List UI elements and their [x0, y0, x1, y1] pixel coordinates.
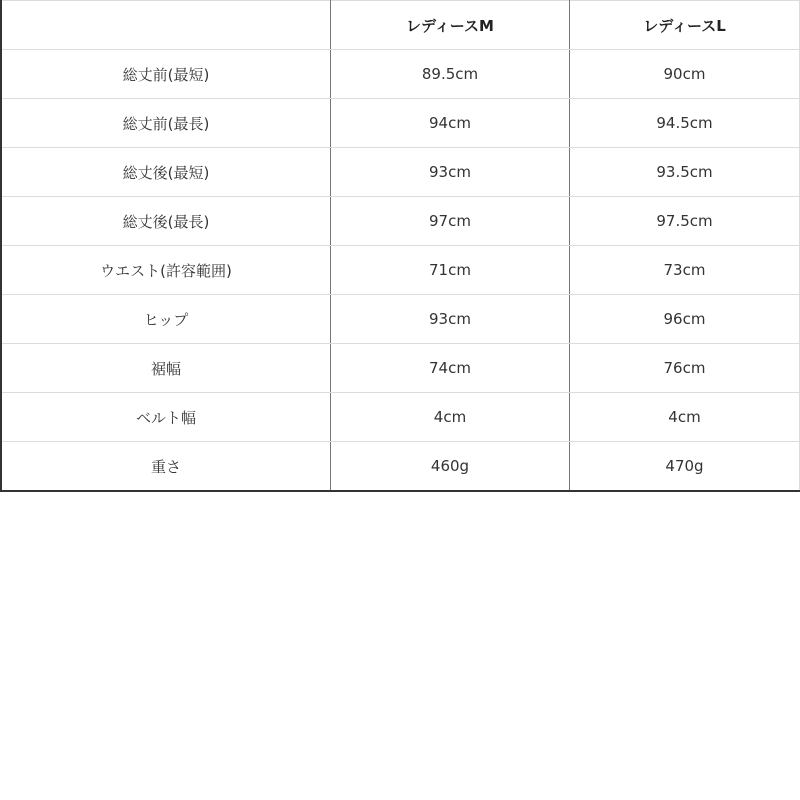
header-ladies-l: レディースL — [570, 1, 800, 50]
row-label: ウエスト(許容範囲) — [1, 246, 331, 295]
header-empty — [1, 1, 331, 50]
value-l: 93.5cm — [570, 148, 800, 197]
table-row: 総丈前(最短) 89.5cm 90cm — [1, 50, 800, 99]
value-l: 97.5cm — [570, 197, 800, 246]
row-label: 裾幅 — [1, 344, 331, 393]
table-row: ベルト幅 4cm 4cm — [1, 393, 800, 442]
table-row: 重さ 460g 470g — [1, 442, 800, 492]
value-l: 470g — [570, 442, 800, 492]
value-m: 71cm — [331, 246, 570, 295]
table-row: ヒップ 93cm 96cm — [1, 295, 800, 344]
row-label: 重さ — [1, 442, 331, 492]
row-label: 総丈前(最短) — [1, 50, 331, 99]
table-row: 総丈前(最長) 94cm 94.5cm — [1, 99, 800, 148]
value-l: 94.5cm — [570, 99, 800, 148]
table-row: 総丈後(最長) 97cm 97.5cm — [1, 197, 800, 246]
value-l: 90cm — [570, 50, 800, 99]
value-m: 89.5cm — [331, 50, 570, 99]
value-m: 93cm — [331, 148, 570, 197]
value-m: 94cm — [331, 99, 570, 148]
value-m: 97cm — [331, 197, 570, 246]
value-m: 460g — [331, 442, 570, 492]
table-header-row: レディースM レディースL — [1, 1, 800, 50]
row-label: 総丈前(最長) — [1, 99, 331, 148]
value-l: 73cm — [570, 246, 800, 295]
value-l: 4cm — [570, 393, 800, 442]
row-label: ヒップ — [1, 295, 331, 344]
value-m: 4cm — [331, 393, 570, 442]
size-spec-table: レディースM レディースL 総丈前(最短) 89.5cm 90cm 総丈前(最長… — [0, 0, 800, 492]
header-ladies-m: レディースM — [331, 1, 570, 50]
value-m: 93cm — [331, 295, 570, 344]
table-row: ウエスト(許容範囲) 71cm 73cm — [1, 246, 800, 295]
row-label: 総丈後(最短) — [1, 148, 331, 197]
row-label: ベルト幅 — [1, 393, 331, 442]
value-m: 74cm — [331, 344, 570, 393]
value-l: 96cm — [570, 295, 800, 344]
table-row: 総丈後(最短) 93cm 93.5cm — [1, 148, 800, 197]
table-row: 裾幅 74cm 76cm — [1, 344, 800, 393]
row-label: 総丈後(最長) — [1, 197, 331, 246]
value-l: 76cm — [570, 344, 800, 393]
